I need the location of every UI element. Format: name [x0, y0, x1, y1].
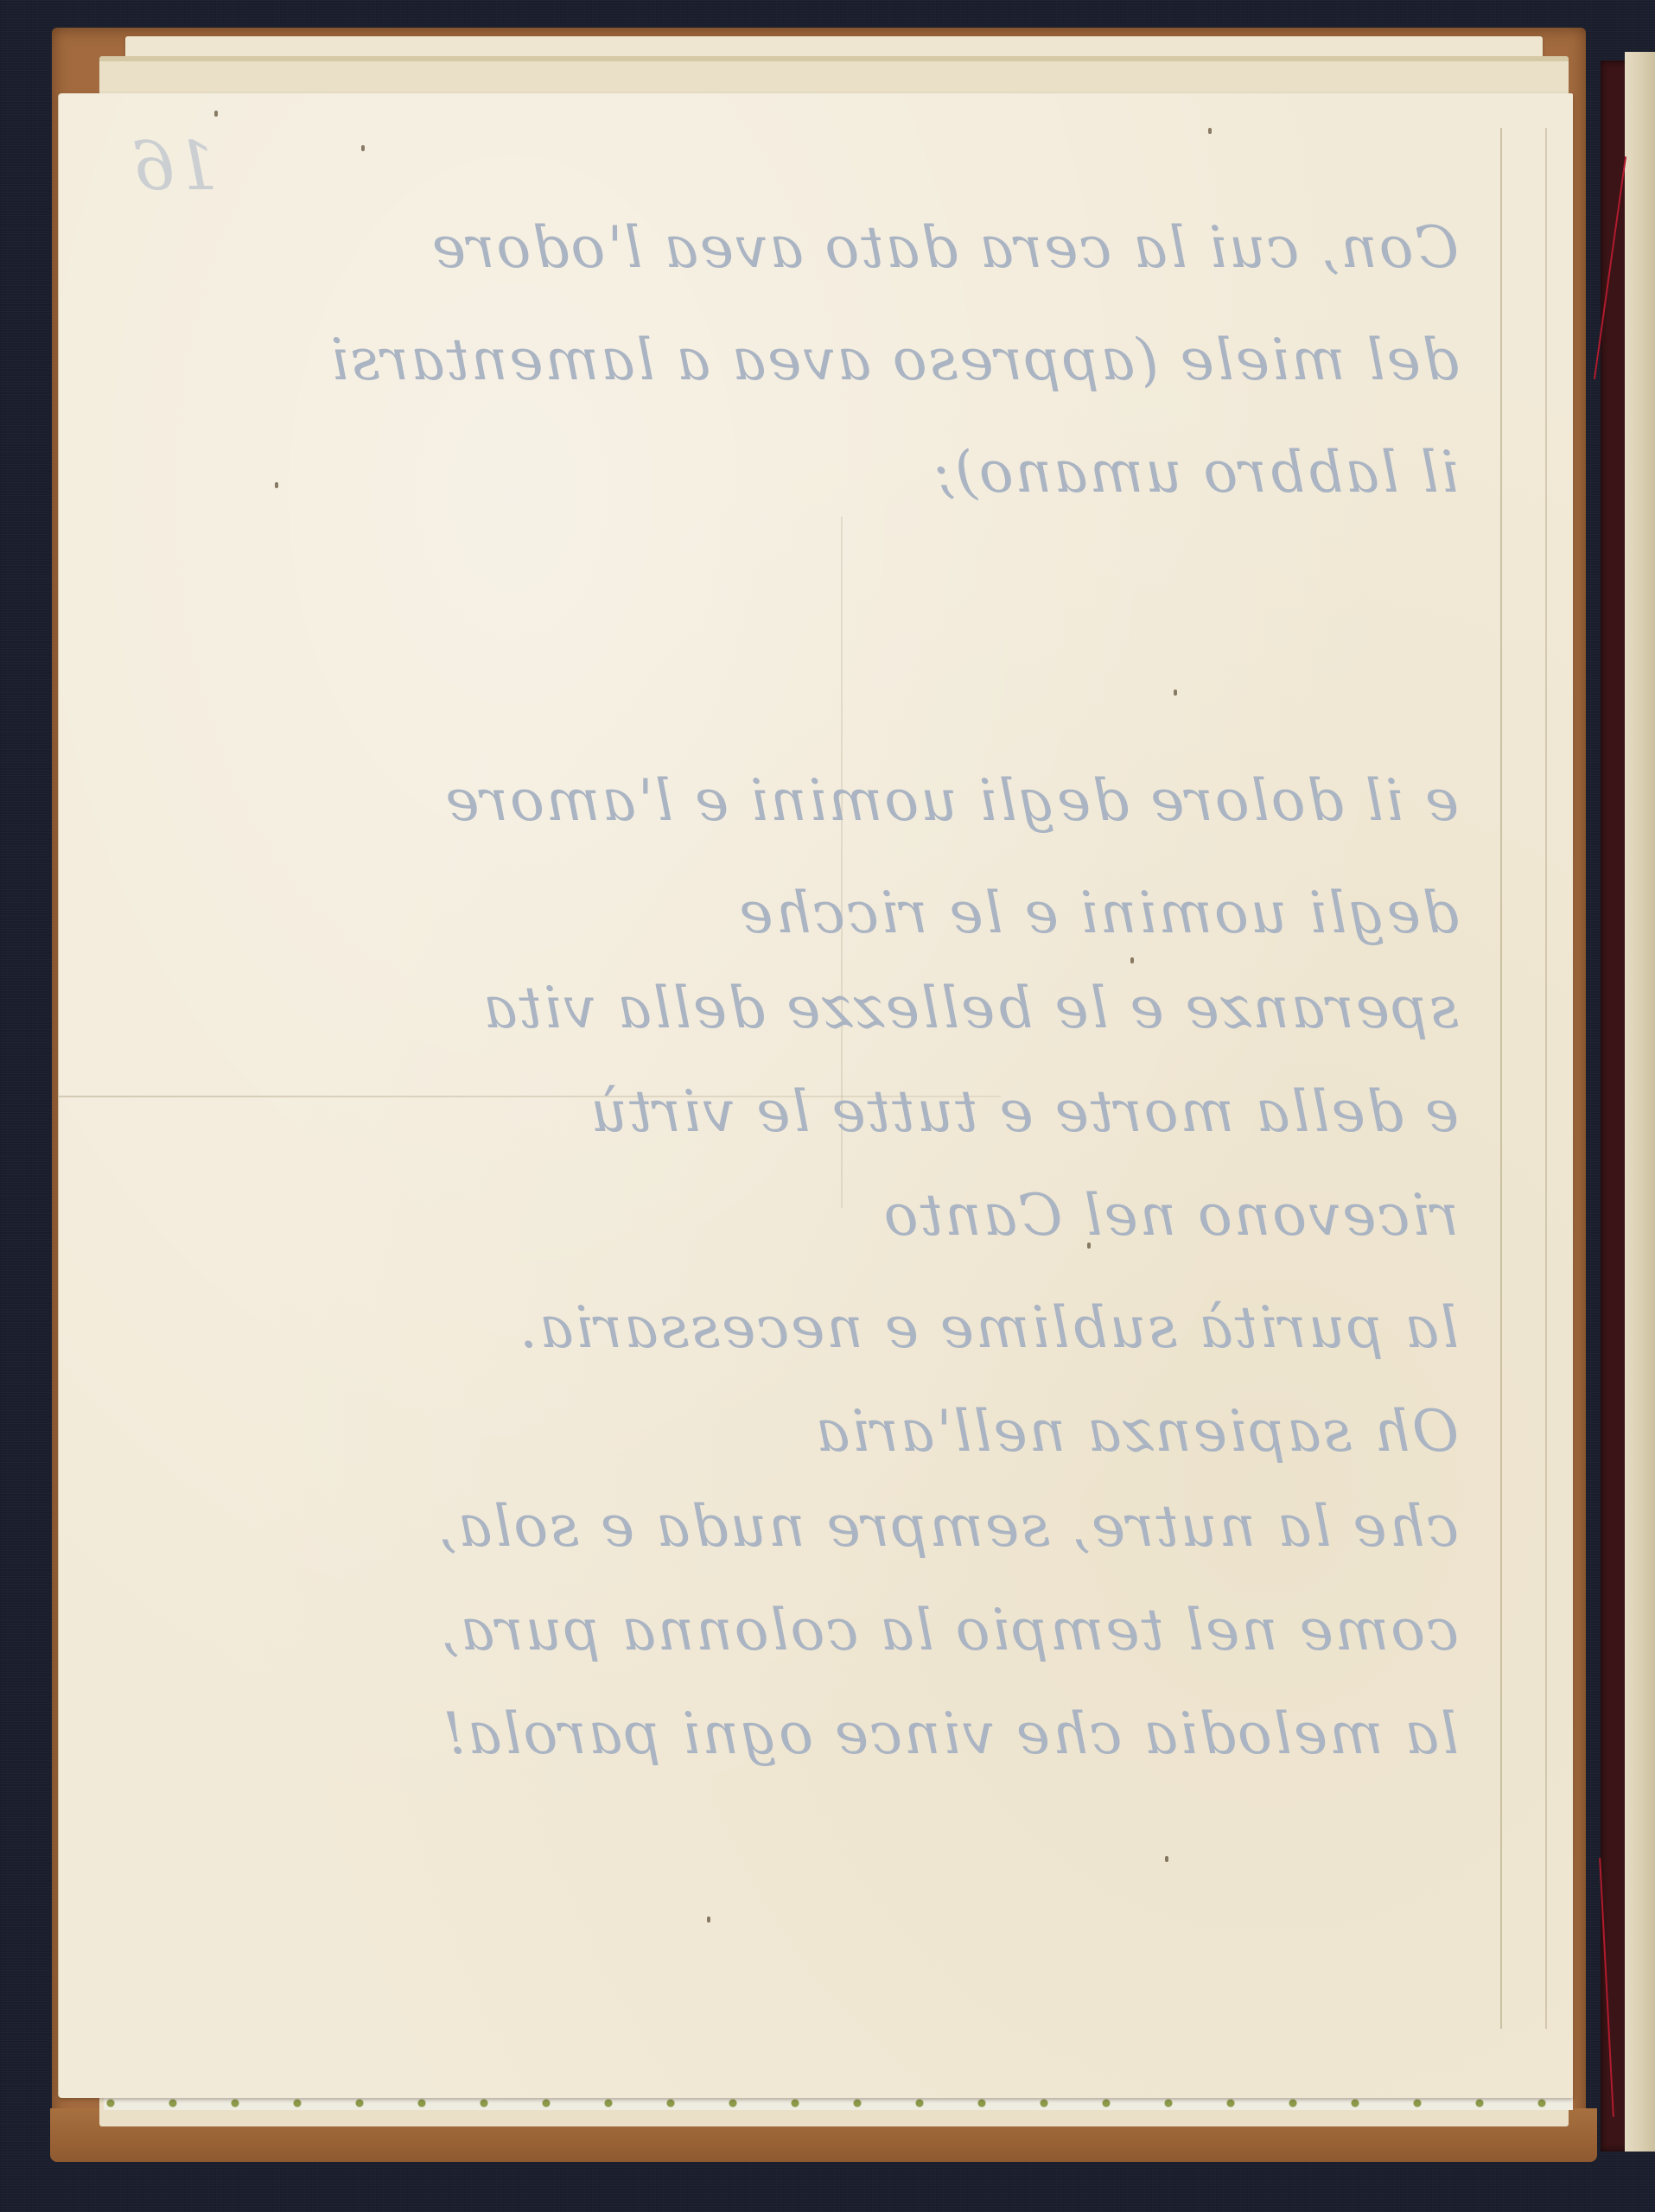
manuscript-page: 16 Con, cui la cera dato avea l'odore de…	[59, 93, 1573, 2098]
text-line: ricevono nel Canto	[882, 1182, 1459, 1249]
page-number: 16	[132, 128, 218, 206]
facing-page-edge	[1625, 52, 1655, 2152]
text-line: Oh sapienza nell'aria	[814, 1398, 1459, 1465]
text-line: e della morte e tutte le virtù	[589, 1078, 1459, 1145]
text-line: Con, cui la cera dato avea l'odore	[430, 214, 1459, 281]
text-line: e il dolore degli uomini e l'amore	[444, 767, 1460, 834]
text-line: che la nutre, sempre nuda e sola,	[436, 1493, 1459, 1560]
text-line: il labbro umano);	[933, 439, 1459, 505]
text-line: la melodia che vince ogni parola!	[442, 1700, 1459, 1767]
text-line: speranze e le bellezze della vita	[481, 975, 1459, 1041]
text-line: del miele (appreso avea a lamentarsi	[329, 327, 1459, 393]
text-line: la purità sublime e necessaria.	[518, 1294, 1459, 1361]
deckled-page-edges	[1500, 128, 1547, 2029]
decorated-endpaper-strip	[104, 2096, 1573, 2110]
text-line: come nel tempio la colonna pura,	[439, 1597, 1459, 1663]
text-line: degli uomini e le ricche	[737, 880, 1459, 946]
